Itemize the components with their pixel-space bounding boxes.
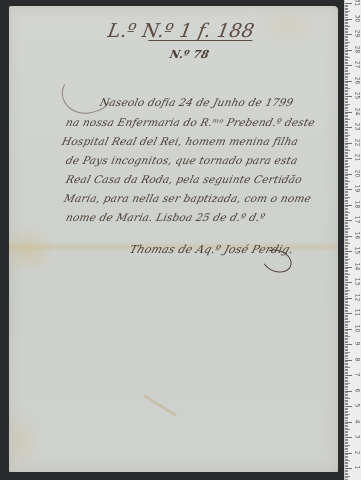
reference-number: L.º N.º 1 f. 188 [106,20,256,42]
ruler-label: 31 [354,0,361,9]
ruler-label: 25 [354,90,361,102]
reference-number-text: L.º N.º 1 f. 188 [106,20,256,42]
ruler-label: 12 [354,291,361,303]
ruler-label: 30 [354,12,361,24]
body-line: na nossa Enfermaria do R.ᵐᵒ Prebend.º de… [65,117,317,129]
ruler-label: 3 [354,431,361,443]
water-stain [9,226,57,276]
paper-crease [143,394,177,417]
ruler-label: 17 [354,214,361,226]
ruler-label: 11 [354,307,361,319]
body-line: nome de Maria. Lisboa 25 de d.º d.º [65,212,267,224]
ruler-label: 9 [354,338,361,350]
ruler-label: 21 [354,152,361,164]
ruler-label: 7 [354,369,361,381]
ruler-label: 8 [354,353,361,365]
ruler-label: 4 [354,415,361,427]
body-line: Maria, para nella ser baptizada, com o n… [63,193,313,205]
body-line: Real Casa da Roda, pela seguinte Certidã… [65,174,304,186]
ruler-label: 23 [354,121,361,133]
ruler-label: 5 [354,400,361,412]
ruler-label: 20 [354,167,361,179]
ruler-label: 29 [354,28,361,40]
water-stain [249,6,329,46]
ruler-label: 10 [354,322,361,334]
ruler-label: 24 [354,105,361,117]
ruler-label: 13 [354,276,361,288]
ruler-label: 6 [354,384,361,396]
body-line: Naseolo dofia 24 de Junho de 1799 [99,97,295,109]
ruler-label: 26 [354,74,361,86]
sub-reference-number: N.º 78 [169,48,211,61]
ruler-label: 14 [354,260,361,272]
water-stain [9,406,41,472]
ruler-label: 18 [354,198,361,210]
ruler-label: 19 [354,183,361,195]
manuscript-page [9,6,338,472]
ruler-label: 27 [354,59,361,71]
ruler-label: 1 [354,462,361,474]
ruler-label: 22 [354,136,361,148]
body-line: de Pays incognitos, que tornado para est… [65,155,299,167]
ruler-label: 28 [354,43,361,55]
ruler-label: 15 [354,245,361,257]
measurement-ruler: 3130292827262524232221201918171615141312… [344,0,361,480]
ruler-label: 16 [354,229,361,241]
ruler-label: 2 [354,446,361,458]
reference-underline [148,40,252,41]
body-line: Hospital Real del Rei, homem menina filh… [61,136,300,148]
